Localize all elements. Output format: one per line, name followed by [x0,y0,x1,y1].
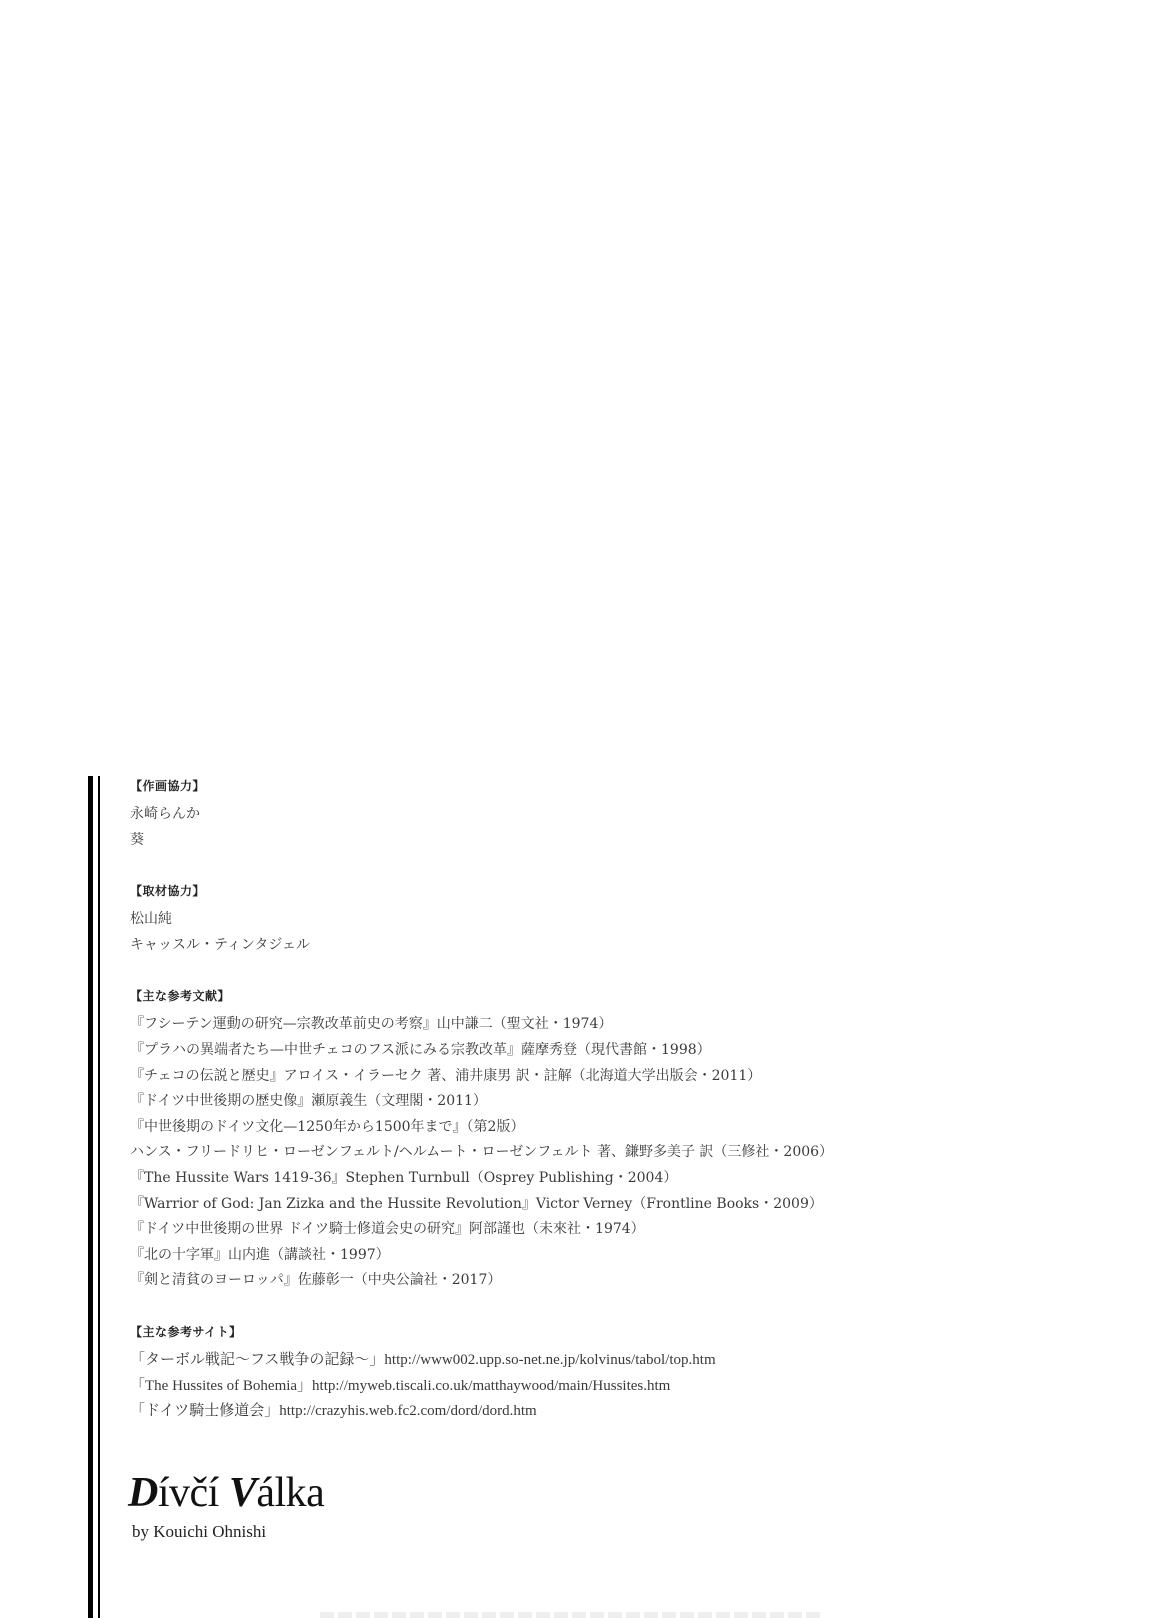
references-section: 【主な参考文献】 『フシーテン運動の研究—宗教改革前史の考察』山中謙二（聖文社・… [130,986,1110,1294]
section-heading: 【主な参考文献】 [130,986,1110,1006]
reference-item: 『ドイツ中世後期の世界 ドイツ騎士修道会史の研究』阿部謹也（未來社・1974） [130,1217,1110,1243]
reference-item: ハンス・フリードリヒ・ローゼンフェルト/ヘルムート・ローゼンフェルト 著、鎌野多… [130,1140,1110,1166]
reference-item: 『中世後期のドイツ文化—1250年から1500年まで』（第2版） [130,1115,1110,1141]
art-assistance-section: 【作画協力】 永崎らんか 葵 [130,776,1110,853]
faint-cut-off-text [320,1612,820,1618]
title-text: ívčí [158,1470,229,1516]
reference-item: 『プラハの異端者たち—中世チェコのフス派にみる宗教改革』薩摩秀登（現代書館・19… [130,1038,1110,1064]
credits-page: 【作画協力】 永崎らんか 葵 【取材協力】 松山純 キャッスル・ティンタジェル … [130,776,1110,1453]
section-heading: 【主な参考サイト】 [130,1322,1110,1342]
reference-item: 『チェコの伝説と歴史』アロイス・イラーセク 著、浦井康男 訳・註解（北海道大学出… [130,1064,1110,1090]
margin-rule-thick [88,776,93,1618]
credit-name: 松山純 [130,907,1110,933]
reference-site: 「ターボル戦記〜フス戦争の記録〜」http://www002.upp.so-ne… [130,1348,1110,1374]
reference-item: 『The Hussite Wars 1419-36』Stephen Turnbu… [130,1166,1110,1192]
margin-rule-thin [98,776,100,1618]
title-initial: V [229,1470,257,1516]
section-heading: 【取材協力】 [130,881,1110,901]
reference-sites-section: 【主な参考サイト】 「ターボル戦記〜フス戦争の記録〜」http://www002… [130,1322,1110,1425]
reference-item: 『剣と清貧のヨーロッパ』佐藤彰一（中央公論社・2017） [130,1268,1110,1294]
reference-site: 「The Hussites of Bohemia」http://myweb.ti… [130,1374,1110,1400]
title-initial: D [128,1470,158,1516]
research-assistance-section: 【取材協力】 松山純 キャッスル・ティンタジェル [130,881,1110,958]
reference-item: 『フシーテン運動の研究—宗教改革前史の考察』山中謙二（聖文社・1974） [130,1012,1110,1038]
reference-item: 『北の十字軍』山内進（講談社・1997） [130,1243,1110,1269]
reference-item: 『Warrior of God: Jan Zizka and the Hussi… [130,1192,1110,1218]
section-heading: 【作画協力】 [130,776,1110,796]
credit-name: 永崎らんか [130,802,1110,828]
title-text: álka [256,1470,324,1516]
reference-site: 「ドイツ騎士修道会」http://crazyhis.web.fc2.com/do… [130,1399,1110,1425]
credit-name: 葵 [130,828,1110,854]
book-author: by Kouichi Ohnishi [132,1522,266,1542]
reference-item: 『ドイツ中世後期の歴史像』瀬原義生（文理閣・2011） [130,1089,1110,1115]
credit-name: キャッスル・ティンタジェル [130,933,1110,959]
book-title: Dívčí Válka [128,1470,324,1516]
